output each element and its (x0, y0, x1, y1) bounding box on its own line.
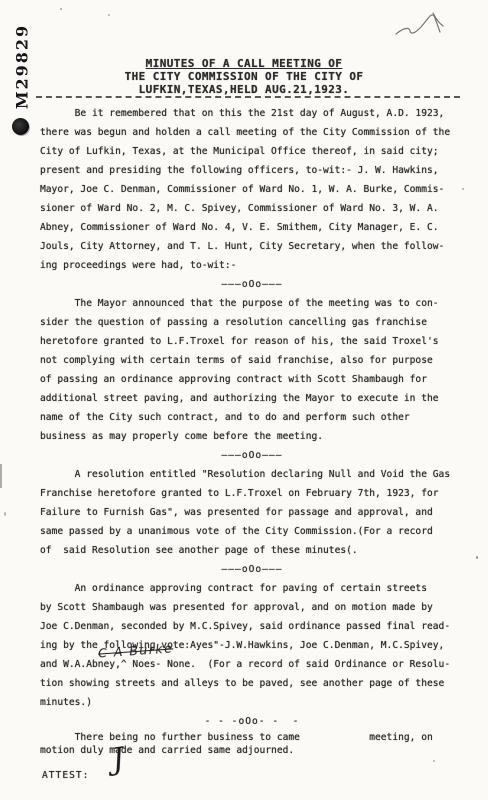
text-line: Be it remembered that on this the 21st d… (40, 104, 464, 123)
ink-speck (108, 14, 110, 16)
text-line: present and presiding the following offi… (40, 161, 464, 180)
ink-speck (60, 8, 62, 10)
title-line: LUFKIN,TEXAS,HELD AUG.21,1923. (0, 83, 488, 96)
section-separator: ———oOo——— (40, 446, 464, 465)
text-line: tion showing streets and alleys to be pa… (40, 674, 464, 693)
margin-mark (0, 464, 2, 488)
text-line: heretofore granted to L.F.Troxel for rea… (40, 332, 464, 351)
text-line: ing proceedings were had, to-wit:- (40, 256, 464, 275)
text-line: City of Lufkin, Texas, at the Municipal … (40, 142, 464, 161)
text-line: same passed by a unanimous vote of the C… (40, 522, 464, 541)
text-line: business as may properly come before the… (40, 427, 464, 446)
text-line: Jouls, City Attorney, and T. L. Hunt, Ci… (40, 237, 464, 256)
text-line: Franchise heretofore granted to L.F.Trox… (40, 484, 464, 503)
ink-blot (12, 118, 29, 135)
document-page: M29829 MINUTES OF A CALL MEETING OF THE … (0, 0, 488, 800)
text-line: A resolution entitled "Resolution declar… (40, 465, 464, 484)
text-line: Joe C.Denman, seconded by M.C.Spivey, sa… (40, 617, 464, 636)
section-separator: ———oOo——— (40, 560, 464, 579)
text-line: by Scott Shambaugh was presented for app… (40, 598, 464, 617)
text-line: Abney, Commissioner of Ward No. 4, V. E.… (40, 218, 464, 237)
section-separator: ———oOo——— (40, 275, 464, 294)
text-line: Failure to Furnish Gas", was presented f… (40, 503, 464, 522)
ink-speck (462, 188, 464, 190)
title-line: THE CITY COMMISSION OF THE CITY OF (0, 70, 488, 83)
text-line: not complying with certain terms of said… (40, 351, 464, 370)
text-line: The Mayor announced that the purpose of … (40, 294, 464, 313)
text-line: sioner of Ward No. 2, M. C. Spivey, Comm… (40, 199, 464, 218)
text-line: additional street paving, and authorizin… (40, 389, 464, 408)
text-line: there was begun and holden a call meetin… (40, 123, 464, 142)
ink-speck (4, 512, 6, 516)
document-title: MINUTES OF A CALL MEETING OF THE CITY CO… (0, 57, 488, 96)
text-line: minutes.) (40, 693, 464, 712)
text-line: sider the question of passing a resoluti… (40, 313, 464, 332)
section-separator: - - -oOo- - - (40, 712, 464, 731)
ink-speck (433, 760, 435, 762)
text-line: Mayor, Joe C. Denman, Commissioner of Wa… (40, 180, 464, 199)
title-line: MINUTES OF A CALL MEETING OF (0, 57, 488, 70)
text-line: An ordinance approving contract for pavi… (40, 579, 464, 598)
text-line: name of the City such contract, and to d… (40, 408, 464, 427)
ink-speck (476, 556, 478, 559)
text-line: motion duly made and carried same adjour… (40, 744, 464, 757)
text-line: of said Resolution see another page of t… (40, 541, 464, 560)
text-line: of passing an ordinance approving contra… (40, 370, 464, 389)
attest-label: ATTEST: (42, 770, 89, 781)
handwritten-scribble (388, 4, 460, 50)
text-line: There being no further business to came … (40, 731, 464, 744)
dashed-rule (36, 96, 460, 98)
